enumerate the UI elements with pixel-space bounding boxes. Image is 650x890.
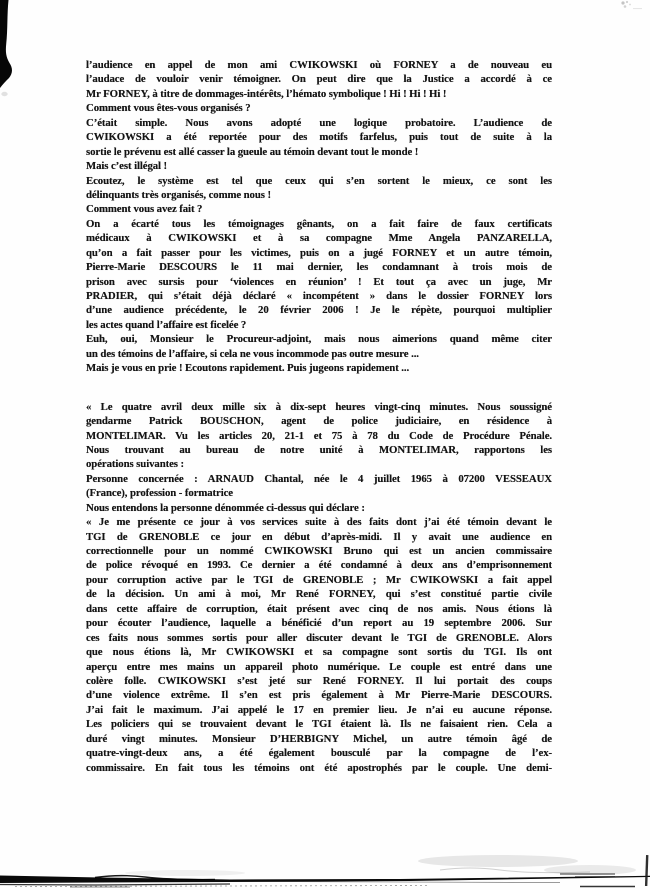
text-line: (France), profession - formatrice [86,486,552,500]
text-line: TGI de GRENOBLE ce jour en début d’après… [86,530,552,544]
text-line: Comment vous êtes-vous organisés ?- [86,101,552,115]
text-line: les actes quand l’affaire est ficelée ? [86,318,552,332]
text-line: l’audience en appel de mon ami CWIKOWSKI… [86,58,552,72]
text-line: J’ai fait le maximum. J’ai appelé le 17 … [86,703,552,717]
text-line: pour écouter l’audience, laquelle a béné… [86,616,552,630]
text-line: « Le quatre avril deux mille six à dix-s… [86,400,552,414]
dialogue-item: On a écarté tous les témoignages gênants… [86,217,552,333]
text-line: quatre-vingt-deux ans, a été également b… [86,746,552,760]
text-line: correctionnelle pour un nommé CWIKOWSKI … [86,544,552,558]
text-line: « Je me présente ce jour à vos services … [86,515,552,529]
scan-smudge-top-right [614,0,648,16]
text-line: C’était simple. Nous avons adopté une lo… [86,116,552,130]
text-line: de police révoqué en 1993. Ce dernier a … [86,558,552,572]
text-line: On a écarté tous les témoignages gênants… [86,217,552,231]
text-line: sortie le prévenu est allé casser la gue… [86,145,552,159]
scan-artifact-bottom-edge [0,848,650,890]
text-line: colère folle. CWIKOWSKI s’est jeté sur R… [86,674,552,688]
text-line: Nous entendons la personne dénommée ci-d… [86,501,552,515]
text-line: d’une violence extrême. Il s’en est pris… [86,688,552,702]
text-line: Les policiers qui se trouvaient devant l… [86,717,552,731]
dialogue-item: Comment vous êtes-vous organisés ?- [86,101,552,115]
declaration-intro: Nous entendons la personne dénommée ci-d… [86,501,552,515]
text-line: Mais je vous en prie ! Ecoutons rapideme… [86,361,552,375]
text-line: Mr FORNEY, à titre de dommages-intérêts,… [86,87,552,101]
text-line: aperçu entre mes mains un appareil photo… [86,660,552,674]
text-line: Ecoutez, le système est tel que ceux qui… [86,174,552,188]
text-line: dans cette affaire de corruption, était … [86,602,552,616]
text-line: CWIKOWSKI a été reportée pour des motifs… [86,130,552,144]
text-line: commissaire. En fait tous les témoins on… [86,761,552,775]
scan-artifact-top-left [0,0,22,104]
dialogue-item: C’était simple. Nous avons adopté une lo… [86,116,552,159]
declaration-body: « Je me présente ce jour à vos services … [86,515,552,775]
text-line: qu’on a fait passer pour les victimes, p… [86,246,552,260]
text-line: un des témoins de l’affaire, si cela ne … [86,347,552,361]
dialogue-item: Mais je vous en prie ! Ecoutons rapideme… [86,361,552,375]
text-line: médicaux à CWIKOWSKI et à sa compagne Mm… [86,231,552,245]
text-line: opérations suivantes : [86,457,552,471]
proces-verbal-header: « Le quatre avril deux mille six à dix-s… [86,400,552,472]
text-line: de la décision. Un ami à moi, Mr René FO… [86,587,552,601]
text-line: que nous étions là, Mr CWIKOWSKI et sa c… [86,645,552,659]
text-line: gendarme Patrick BOUSCHON, agent de poli… [86,414,552,428]
text-line: Euh, oui, Monsieur le Procureur-adjoint,… [86,332,552,346]
text-line: duré vingt minutes. Monsieur D’HERBIGNY … [86,732,552,746]
text-line: prison avec sursis pour ‘violences en ré… [86,275,552,289]
text-line: délinquants très organisés, comme nous ! [86,188,552,202]
personne-concernee: Personne concernée : ARNAUD Chantal, née… [86,472,552,501]
dialogue-item: Mais c’est illégal !- [86,159,552,173]
text-line: Pierre-Marie DESCOURS le 11 mai dernier,… [86,260,552,274]
text-line: l’audace de vouloir venir témoigner. On … [86,72,552,86]
text-line: pour corruption active par le TGI de GRE… [86,573,552,587]
text-line: ces faits nous sommes sortis pour aller … [86,631,552,645]
paragraph-gap [86,376,552,400]
text-line: Mais c’est illégal !- [86,159,552,173]
text-line: Nous trouvant au bureau de notre unité à… [86,443,552,457]
dialogue-item: Comment vous avez fait ?- [86,202,552,216]
dialogue-continuation: l’audience en appel de mon ami CWIKOWSKI… [86,58,552,101]
dialogue-item: Ecoutez, le système est tel que ceux qui… [86,174,552,203]
text-line: MONTELIMAR. Vu les articles 20, 21-1 et … [86,429,552,443]
document-text: l’audience en appel de mon ami CWIKOWSKI… [86,58,552,775]
dialogue-item: Euh, oui, Monsieur le Procureur-adjoint,… [86,332,552,361]
scanned-page: l’audience en appel de mon ami CWIKOWSKI… [0,0,650,890]
text-line: Comment vous avez fait ?- [86,202,552,216]
text-line: PRADIER, qui s’était déjà déclaré « inco… [86,289,552,303]
text-line: d’une audience précédente, le 20 février… [86,303,552,317]
text-line: Personne concernée : ARNAUD Chantal, née… [86,472,552,486]
